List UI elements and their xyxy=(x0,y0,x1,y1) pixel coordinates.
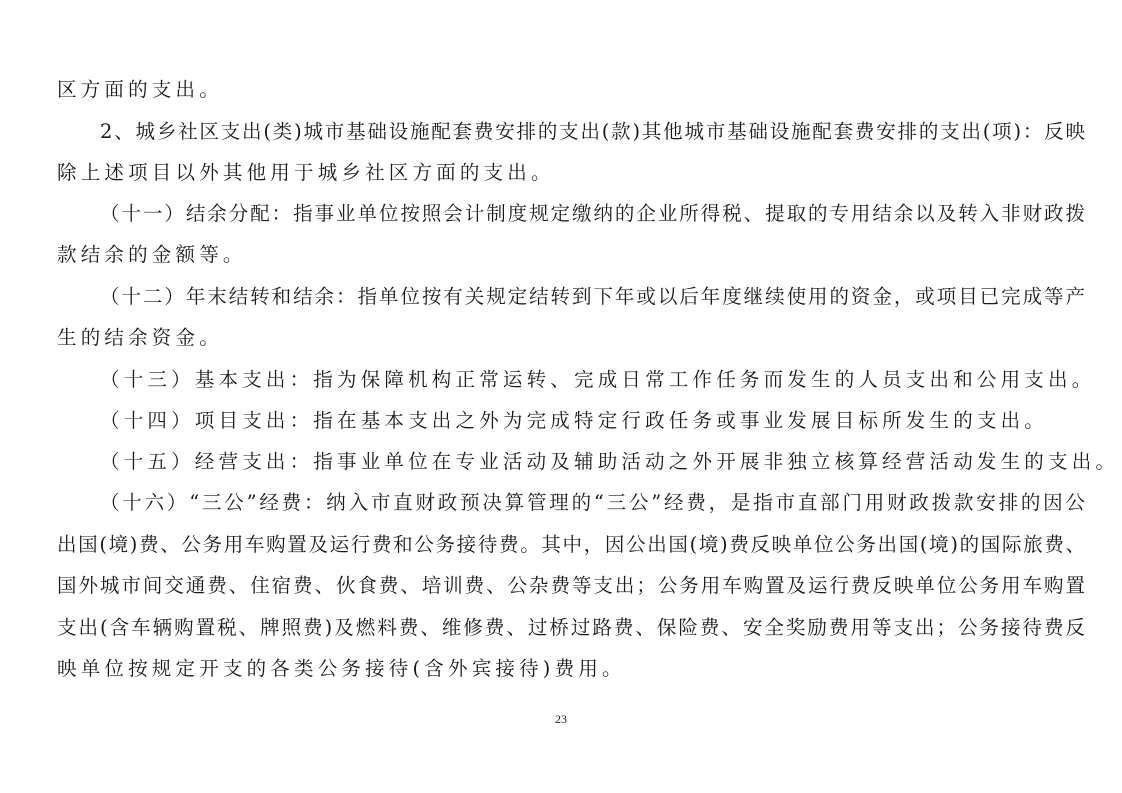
document-page: 区方面的支出。 2、城乡社区支出(类)城市基础设施配套费安排的支出(款)其他城市… xyxy=(0,0,1122,793)
paragraph-line: 映单位按规定开支的各类公务接待(含外宾接待)费用。 xyxy=(57,654,1085,684)
paragraph-line: （十二）年末结转和结余：指单位按有关规定结转到下年或以后年度继续使用的资金，或项… xyxy=(100,282,1085,312)
paragraph-line: （十五）经营支出：指事业单位在专业活动及辅助活动之外开展非独立核算经营活动发生的… xyxy=(100,447,1085,477)
paragraph-line: 支出(含车辆购置税、牌照费)及燃料费、维修费、过桥过路费、保险费、安全奖励费用等… xyxy=(57,613,1085,643)
paragraph-line: 出国(境)费、公务用车购置及运行费和公务接待费。其中，因公出国(境)费反映单位公… xyxy=(57,530,1085,560)
paragraph-line: （十三）基本支出：指为保障机构正常运转、完成日常工作任务而发生的人员支出和公用支… xyxy=(100,365,1085,395)
paragraph-line: 款结余的金额等。 xyxy=(57,240,1085,270)
paragraph-line: （十四）项目支出：指在基本支出之外为完成特定行政任务或事业发展目标所发生的支出。 xyxy=(100,406,1085,436)
paragraph-line: 区方面的支出。 xyxy=(57,75,1085,105)
paragraph-line: （十一）结余分配：指事业单位按照会计制度规定缴纳的企业所得税、提取的专用结余以及… xyxy=(100,199,1085,229)
paragraph-line: 国外城市间交通费、住宿费、伙食费、培训费、公杂费等支出；公务用车购置及运行费反映… xyxy=(57,571,1085,601)
paragraph-line: 2、城乡社区支出(类)城市基础设施配套费安排的支出(款)其他城市基础设施配套费安… xyxy=(100,117,1085,147)
page-number: 23 xyxy=(0,712,1122,727)
paragraph-line: 除上述项目以外其他用于城乡社区方面的支出。 xyxy=(57,158,1085,188)
paragraph-line: （十六）“三公”经费：纳入市直财政预决算管理的“三公”经费，是指市直部门用财政拨… xyxy=(100,488,1085,518)
paragraph-line: 生的结余资金。 xyxy=(57,323,1085,353)
